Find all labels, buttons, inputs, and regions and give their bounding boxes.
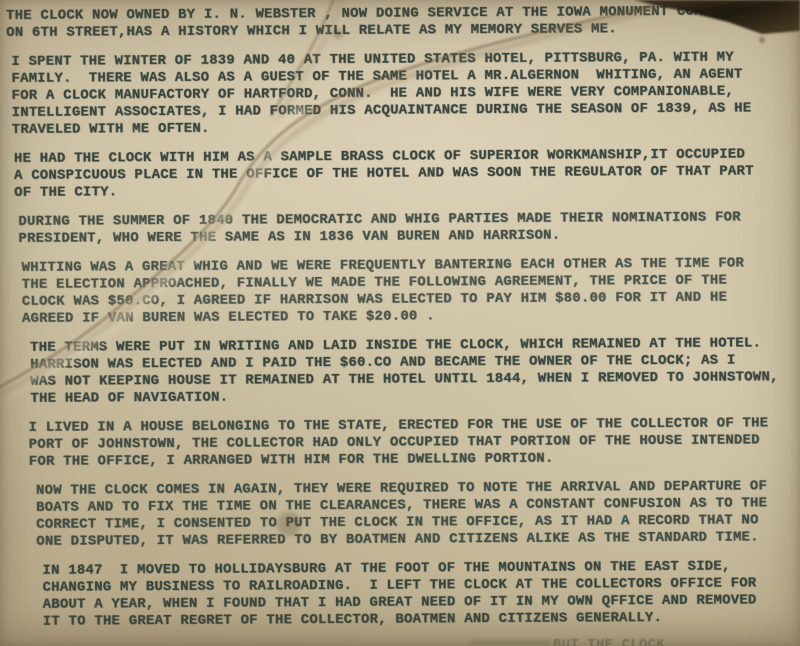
clipped-bottom-line: BUT THE CLOCK — [553, 637, 665, 646]
paragraph-7: I LIVED IN A HOUSE BELONGING TO THE STAT… — [29, 415, 800, 471]
scanned-typewritten-letter: THE CLOCK NOW OWNED BY I. N. WEBSTER , N… — [0, 0, 800, 646]
paragraph-1: THE CLOCK NOW OWNED BY I. N. WEBSTER , N… — [6, 3, 800, 42]
paragraph-2: I SPENT THE WINTER OF 1839 AND 40 AT THE… — [11, 49, 800, 139]
letter-text: THE CLOCK NOW OWNED BY I. N. WEBSTER , N… — [0, 3, 800, 643]
paragraph-8: NOW THE CLOCK COMES IN AGAIN, THEY WERE … — [36, 478, 800, 551]
paragraph-3: HE HAD THE CLOCK WITH HIM AS A SAMPLE BR… — [14, 146, 800, 202]
faded-text-smudge — [470, 640, 550, 645]
paragraph-5: WHITING WAS A GREAT WHIG AND WE WERE FRE… — [22, 255, 800, 328]
paragraph-9: IN 1847 I MOVED TO HOLLIDAYSBURG AT THE … — [42, 558, 800, 631]
paragraph-6: THE TERMS WERE PUT IN WRITING AND LAID I… — [30, 335, 800, 408]
paragraph-4: DURING THE SUMMER OF 1840 THE DEMOCRATIC… — [18, 209, 800, 248]
